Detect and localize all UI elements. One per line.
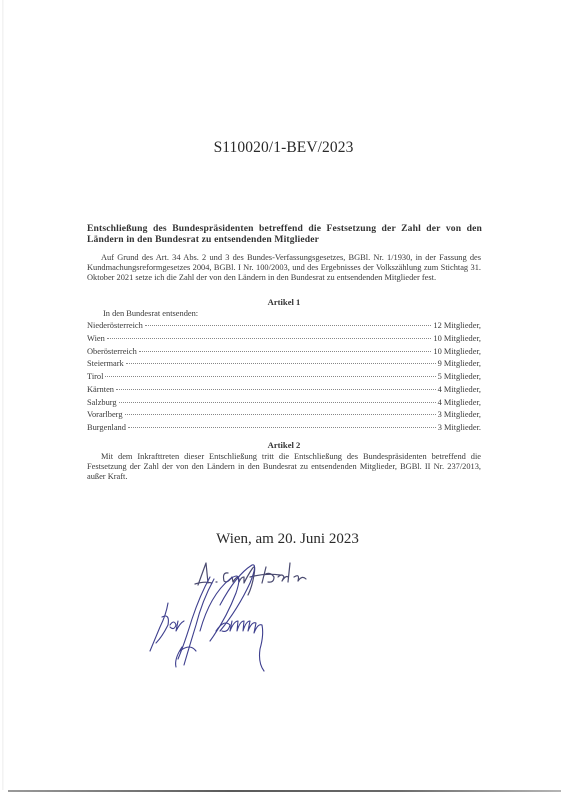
scan-left-edge: [2, 0, 4, 790]
signature-image: [140, 555, 380, 695]
signature-2: [150, 565, 264, 671]
member-count: 4 Mitglieder,: [438, 385, 481, 394]
list-item: Wien 10 Mitglieder,: [87, 334, 481, 347]
document-title: Entschließung des Bundespräsidenten betr…: [87, 224, 482, 245]
list-item: Burgenland 3 Mitglieder.: [87, 423, 481, 436]
dot-leader: [139, 351, 432, 352]
signature-block: [140, 555, 380, 695]
dot-leader: [105, 376, 435, 377]
list-item: Oberösterreich 10 Mitglieder,: [87, 347, 481, 360]
intro-paragraph: Auf Grund des Art. 34 Abs. 2 und 3 des B…: [87, 253, 481, 284]
signature-1: [195, 563, 306, 595]
state-name: Vorarlberg: [87, 410, 123, 419]
state-name: Steiermark: [87, 359, 124, 368]
member-count: 10 Mitglieder,: [433, 334, 481, 343]
reference-number: S110020/1-BEV/2023: [0, 139, 567, 157]
member-count: 12 Mitglieder,: [433, 321, 481, 330]
state-list: Niederösterreich 12 Mitglieder, Wien 10 …: [87, 321, 481, 436]
member-count: 10 Mitglieder,: [433, 347, 481, 356]
dot-leader: [116, 389, 436, 390]
member-count: 4 Mitglieder,: [438, 398, 481, 407]
dot-leader: [125, 414, 436, 415]
dot-leader: [107, 338, 432, 339]
article-1-heading: Artikel 1: [87, 297, 481, 307]
dot-leader: [145, 325, 432, 326]
document-page: S110020/1-BEV/2023 Entschließung des Bun…: [0, 0, 567, 796]
article-1-intro: In den Bundesrat entsenden:: [103, 309, 198, 318]
state-name: Niederösterreich: [87, 321, 143, 330]
article-2-text: Mit dem Inkrafttreten dieser Entschließu…: [87, 452, 481, 483]
state-name: Kärnten: [87, 385, 114, 394]
list-item: Steiermark 9 Mitglieder,: [87, 359, 481, 372]
dot-leader: [128, 427, 436, 428]
state-name: Burgenland: [87, 423, 126, 432]
place-and-date: Wien, am 20. Juni 2023: [0, 531, 567, 548]
member-count: 9 Mitglieder,: [438, 359, 481, 368]
member-count: 3 Mitglieder.: [438, 423, 481, 432]
state-name: Tirol: [87, 372, 103, 381]
dot-leader: [119, 402, 436, 403]
state-name: Oberösterreich: [87, 347, 137, 356]
list-item: Vorarlberg 3 Mitglieder,: [87, 410, 481, 423]
list-item: Kärnten 4 Mitglieder,: [87, 385, 481, 398]
list-item: Tirol 5 Mitglieder,: [87, 372, 481, 385]
member-count: 3 Mitglieder,: [438, 410, 481, 419]
article-2-heading: Artikel 2: [87, 440, 481, 450]
state-name: Wien: [87, 334, 105, 343]
dot-leader: [126, 363, 436, 364]
state-name: Salzburg: [87, 398, 117, 407]
list-item: Salzburg 4 Mitglieder,: [87, 398, 481, 411]
member-count: 5 Mitglieder,: [438, 372, 481, 381]
scan-bottom-edge: [8, 790, 561, 792]
list-item: Niederösterreich 12 Mitglieder,: [87, 321, 481, 334]
